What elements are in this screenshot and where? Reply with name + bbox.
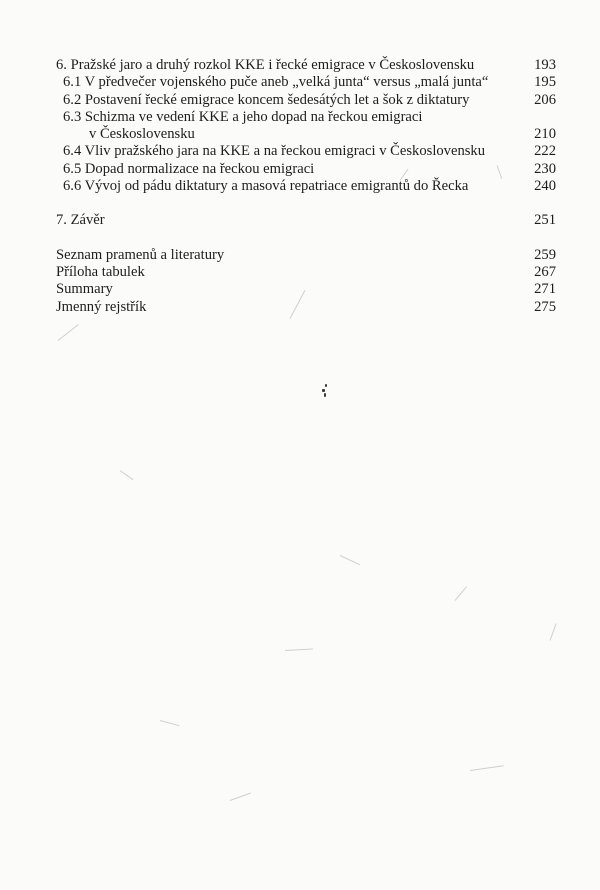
- toc-entry-page: 210: [524, 126, 556, 143]
- toc-entry-section-6-5[interactable]: 6.5 Dopad normalizace na řeckou emigraci…: [56, 161, 556, 178]
- toc-entry-section-6-4[interactable]: 6.4 Vliv pražského jara na KKE a na řeck…: [56, 143, 556, 160]
- paper-speck: [325, 384, 327, 387]
- paper-fibre: [470, 765, 504, 771]
- paper-speck: [322, 389, 325, 392]
- toc-entry-title: 7. Závěr: [56, 212, 524, 229]
- toc-entry-page: 259: [524, 247, 556, 264]
- paper-fibre: [285, 649, 313, 651]
- toc-entry-sources[interactable]: Seznam pramenů a literatury 259: [56, 247, 556, 264]
- toc-entry-title: 6.2 Postavení řecké emigrace koncem šede…: [56, 92, 524, 109]
- paper-fibre: [58, 324, 79, 341]
- toc-entry-title: Jmenný rejstřík: [56, 299, 524, 316]
- toc-entry-page: 271: [524, 281, 556, 298]
- toc-entry-section-6-2[interactable]: 6.2 Postavení řecké emigrace koncem šede…: [56, 92, 556, 109]
- toc-entry-page: 251: [524, 212, 556, 229]
- toc-entry-page: 193: [524, 57, 556, 74]
- toc-entry-page: 206: [524, 92, 556, 109]
- paper-fibre: [455, 586, 467, 600]
- toc-entry-name-index[interactable]: Jmenný rejstřík 275: [56, 299, 556, 316]
- toc-entry-title: 6.6 Vývoj od pádu diktatury a masová rep…: [56, 178, 524, 195]
- toc-entry-title: Seznam pramenů a literatury: [56, 247, 524, 264]
- spacer: [56, 230, 556, 247]
- paper-fibre: [550, 623, 557, 640]
- toc-entry-title: 6. Pražské jaro a druhý rozkol KKE i řec…: [56, 57, 524, 74]
- toc-entry-title: 6.5 Dopad normalizace na řeckou emigraci: [56, 161, 524, 178]
- paper-fibre: [230, 793, 251, 801]
- toc-entry-section-6-3-continuation[interactable]: v Československu 210: [56, 126, 556, 143]
- toc-entry-title: 6.1 V předvečer vojenského puče aneb „ve…: [56, 74, 524, 91]
- toc-entry-title-continuation: v Československu: [56, 126, 524, 143]
- toc-entry-page: 240: [524, 178, 556, 195]
- paper-fibre: [120, 470, 134, 480]
- toc-entry-tables-appendix[interactable]: Příloha tabulek 267: [56, 264, 556, 281]
- toc-entry-page: 267: [524, 264, 556, 281]
- toc-entry-summary[interactable]: Summary 271: [56, 281, 556, 298]
- toc-entry-chapter-7[interactable]: 7. Závěr 251: [56, 212, 556, 229]
- toc-entry-title: Summary: [56, 281, 524, 298]
- toc-entry-page: 275: [524, 299, 556, 316]
- paper-fibre: [340, 555, 360, 565]
- toc-entry-section-6-1[interactable]: 6.1 V předvečer vojenského puče aneb „ve…: [56, 74, 556, 91]
- toc-entry-section-6-6[interactable]: 6.6 Vývoj od pádu diktatury a masová rep…: [56, 178, 556, 195]
- toc-entry-page: 222: [524, 143, 556, 160]
- toc-entry-title: Příloha tabulek: [56, 264, 524, 281]
- paper-fibre: [160, 720, 180, 726]
- toc-entry-title: 6.4 Vliv pražského jara na KKE a na řeck…: [56, 143, 524, 160]
- spacer: [56, 195, 556, 212]
- toc-entry-page: 230: [524, 161, 556, 178]
- book-page: 6. Pražské jaro a druhý rozkol KKE i řec…: [0, 0, 600, 890]
- toc-entry-title: 6.3 Schizma ve vedení KKE a jeho dopad n…: [56, 109, 524, 126]
- table-of-contents: 6. Pražské jaro a druhý rozkol KKE i řec…: [56, 57, 556, 316]
- toc-entry-chapter-6[interactable]: 6. Pražské jaro a druhý rozkol KKE i řec…: [56, 57, 556, 74]
- toc-entry-page: 195: [524, 74, 556, 91]
- toc-entry-section-6-3[interactable]: 6.3 Schizma ve vedení KKE a jeho dopad n…: [56, 109, 556, 126]
- paper-speck: [324, 393, 326, 397]
